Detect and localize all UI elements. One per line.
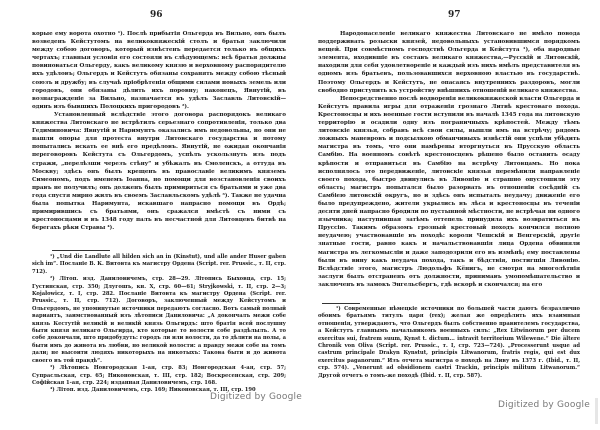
scan-edge [595,398,598,424]
right-page-body: Народонаселеніе великаго княжества Литов… [318,30,580,289]
paragraph: Установленный вслѣдствіе этого договора … [32,111,286,232]
paragraph: Непосредственно послѣ водворенія великок… [318,95,580,289]
footnote: ²) Літоп. изд. Даниловичемъ, стр. 28—29.… [32,276,286,365]
page-number: 97 [448,10,461,20]
footnote: ³) Лѣтопись Новгородская 1-ая, стр. 83; … [32,365,286,387]
left-page-body: корые ему ворота охотно ¹). Послѣ прибыт… [32,30,286,232]
page-number: 96 [150,10,163,20]
paragraph: Народонаселеніе великаго княжества Литов… [318,30,580,95]
paragraph: корые ему ворота охотно ¹). Послѣ прибыт… [32,30,286,111]
google-watermark: Digitized by Google [210,392,302,402]
footnote-divider [322,303,360,304]
footnote-divider [52,250,110,251]
right-page-footnotes: ¹) Современные нѣмецкіе источники по бол… [318,306,580,380]
footnote: ¹) Современные нѣмецкіе источники по бол… [318,306,580,380]
left-page-footnotes: ¹) „Und die Landlute all hilden sich an … [32,254,286,395]
footnote: ¹) „Und die Landlute all hilden sich an … [32,254,286,276]
google-watermark: Digitized by Google [498,400,590,410]
